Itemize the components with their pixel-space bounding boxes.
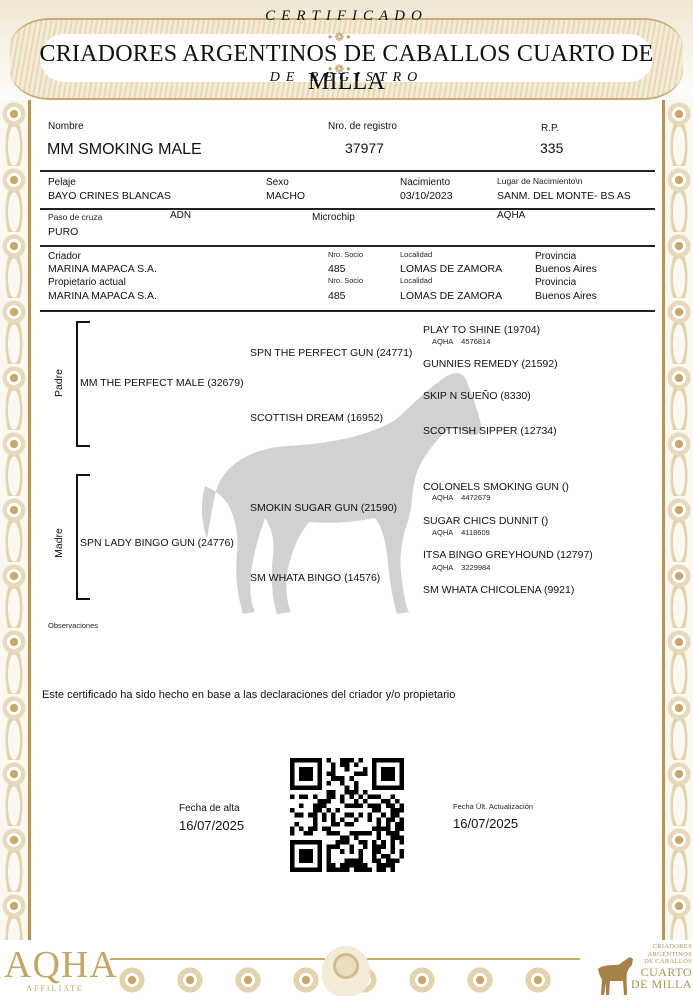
criador-provincia-value: Buenos Aires bbox=[535, 263, 597, 275]
sire-dam-dam: SCOTTISH SIPPER (12734) bbox=[423, 425, 557, 437]
qr-code-icon[interactable] bbox=[290, 758, 404, 872]
aqha-affiliate-logo: AQHA AFFILIATE bbox=[4, 946, 106, 993]
horse-name: MM SMOKING MALE bbox=[47, 141, 202, 159]
sire-sire: SPN THE PERFECT GUN (24771) bbox=[250, 347, 412, 359]
right-border-ornament bbox=[662, 100, 693, 940]
alta-value: 16/07/2025 bbox=[179, 818, 244, 833]
dam-dam-sire: ITSA BINGO GREYHOUND (12797) bbox=[423, 549, 593, 561]
dam-dam-dam: SM WHATA CHICOLENA (9921) bbox=[423, 584, 574, 596]
alta-label: Fecha de alta bbox=[179, 803, 240, 814]
microchip-label: Microchip bbox=[312, 212, 355, 223]
sire-sire-dam: GUNNIES REMEDY (21592) bbox=[423, 358, 558, 370]
aqha-label: AQHA bbox=[497, 210, 525, 221]
aqha-logo-text: AQHA bbox=[4, 946, 106, 984]
pelaje-value: BAYO CRINES BLANCAS bbox=[48, 190, 171, 202]
madre-label: Madre bbox=[53, 528, 65, 558]
footer-crest-icon bbox=[322, 946, 370, 996]
rp-label: R.P. bbox=[541, 123, 559, 134]
dam-sire-dam-aqha: AQHA 4118609 bbox=[432, 528, 490, 537]
cacm-logo: CRIADORES ARGENTINOS DE CABALLOS CUARTO … bbox=[594, 943, 693, 999]
certificate-arc-top: CERTIFICADO bbox=[0, 8, 693, 25]
name-label: Nombre bbox=[48, 121, 84, 132]
sexo-value: MACHO bbox=[266, 190, 305, 202]
dam-sire-dam: SUGAR CHICS DUNNIT () bbox=[423, 515, 548, 527]
registry-number: 37977 bbox=[345, 140, 384, 156]
actualizacion-value: 16/07/2025 bbox=[453, 816, 518, 831]
paso-value: PURO bbox=[48, 226, 78, 238]
nacimiento-value: 03/10/2023 bbox=[400, 190, 453, 202]
propietario-socio-label: Nro. Socio bbox=[328, 276, 363, 285]
lugar-label: Lugar de Nacimiento\n bbox=[497, 176, 583, 186]
propietario-socio-value: 485 bbox=[328, 290, 346, 302]
divider bbox=[40, 170, 655, 172]
adn-label: ADN bbox=[170, 210, 191, 221]
sire-dam-sire: SKIP N SUEÑO (8330) bbox=[423, 390, 531, 402]
sire-dam: SCOTTISH DREAM (16952) bbox=[250, 412, 383, 424]
propietario-value: MARINA MAPACA S.A. bbox=[48, 290, 157, 302]
padre-label: Padre bbox=[53, 368, 65, 398]
dam-sire: SMOKIN SUGAR GUN (21590) bbox=[250, 502, 397, 514]
left-border-ornament bbox=[0, 100, 31, 940]
dam-sire-sire-aqha: AQHA 4472679 bbox=[432, 493, 490, 502]
paso-label: Paso de cruza bbox=[48, 212, 102, 222]
dam: SPN LADY BINGO GUN (24776) bbox=[80, 537, 234, 549]
divider bbox=[40, 310, 655, 312]
cacm-line-5: DE MILLA bbox=[628, 978, 692, 990]
propietario-localidad-value: LOMAS DE ZAMORA bbox=[400, 290, 502, 302]
divider bbox=[40, 208, 655, 210]
header-ornament: CERTIFICADO •❁• CRIADORES ARGENTINOS DE … bbox=[0, 0, 693, 110]
propietario-label: Propietario actual bbox=[48, 277, 126, 288]
divider bbox=[40, 245, 655, 247]
lugar-value: SANM. DEL MONTE- BS AS bbox=[497, 190, 631, 202]
sire-sire-sire: PLAY TO SHINE (19704) bbox=[423, 324, 540, 336]
sire: MM THE PERFECT MALE (32679) bbox=[80, 377, 244, 389]
criador-provincia-label: Provincia bbox=[535, 251, 576, 262]
rp-value: 335 bbox=[540, 140, 563, 156]
sire-sire-sire-aqha: AQHA 4576814 bbox=[432, 337, 490, 346]
cacm-line-2: ARGENTINOS bbox=[628, 951, 692, 959]
cacm-line-1: CRIADORES bbox=[628, 943, 692, 951]
sexo-label: Sexo bbox=[266, 177, 289, 188]
nacimiento-label: Nacimiento bbox=[400, 177, 450, 188]
cacm-line-4: CUARTO bbox=[628, 966, 692, 978]
criador-value: MARINA MAPACA S.A. bbox=[48, 263, 157, 275]
criador-localidad-value: LOMAS DE ZAMORA bbox=[400, 263, 502, 275]
pelaje-label: Pelaje bbox=[48, 177, 76, 188]
registry-label: Nro. de registro bbox=[328, 121, 397, 132]
actualizacion-label: Fecha Últ. Actualización bbox=[453, 802, 533, 811]
criador-socio-label: Nro. Socio bbox=[328, 250, 363, 259]
propietario-provincia-label: Provincia bbox=[535, 277, 576, 288]
propietario-provincia-value: Buenos Aires bbox=[535, 290, 597, 302]
criador-label: Criador bbox=[48, 251, 81, 262]
disclaimer: Este certificado ha sido hecho en base a… bbox=[42, 689, 455, 701]
criador-socio-value: 485 bbox=[328, 263, 346, 275]
observaciones-label: Observaciones bbox=[48, 621, 98, 630]
propietario-localidad-label: Localidad bbox=[400, 276, 432, 285]
dam-dam: SM WHATA BINGO (14576) bbox=[250, 572, 380, 584]
certificate-arc-bottom: DE REGISTRO bbox=[0, 70, 693, 86]
criador-localidad-label: Localidad bbox=[400, 250, 432, 259]
dam-sire-sire: COLONELS SMOKING GUN () bbox=[423, 481, 569, 493]
dam-dam-sire-aqha: AQHA 3229984 bbox=[432, 563, 490, 572]
